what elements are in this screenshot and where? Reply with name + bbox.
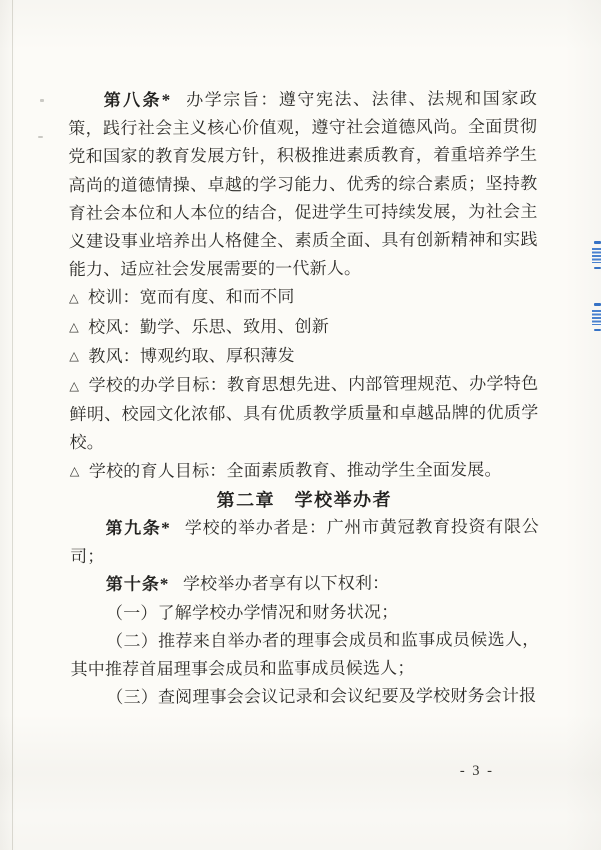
bullet-item-school-goal: △学校的办学目标：教育思想先进、内部管理规范、办学特色鲜明、校园文化浓郁、具有优… xyxy=(69,370,538,458)
triangle-bullet-icon: △ xyxy=(69,349,79,363)
article-10-text: 学校举办者享有以下权利： xyxy=(183,574,389,594)
bullet-item-school-spirit: △校风：勤学、乐思、致用、创新 xyxy=(69,312,538,343)
stamp-glyph-fragment xyxy=(592,248,601,263)
scan-fold-line xyxy=(12,0,13,850)
triangle-bullet-icon: △ xyxy=(70,464,80,478)
list-item-3: （三）查阅理事会会议记录和会议纪要及学校财务会计报 xyxy=(71,682,540,712)
stamp-glyph-fragment xyxy=(592,310,601,325)
stamp-dash xyxy=(594,241,601,244)
bullet-item-teaching-spirit: △教风：博观约取、厚积薄发 xyxy=(69,341,538,372)
list-item-1: （一）了解学校办学情况和财务状况； xyxy=(70,598,539,628)
stamp-dash xyxy=(594,267,601,270)
scan-speck xyxy=(40,99,44,102)
scanned-document-page: { "colors": { "paper": "#fcfbf7", "ink":… xyxy=(0,0,601,850)
triangle-bullet-icon: △ xyxy=(69,379,79,393)
bullet-item-education-goal: △学校的育人目标：全面素质教育、推动学生全面发展。 xyxy=(70,456,539,487)
bullet-text: 校风：勤学、乐思、致用、创新 xyxy=(88,317,329,337)
blue-stamp-fragment-icon xyxy=(592,241,601,279)
list-item-2: （二）推荐来自举办者的理事会成员和监事成员候选人，其中推荐首届理事会成员和监事成… xyxy=(70,626,539,684)
bullet-text: 学校的育人目标：全面素质教育、推动学生全面发展。 xyxy=(89,460,502,481)
article-8-text: 办学宗旨：遵守宪法、法律、法规和国家政策，践行社会主义核心价值观，遵守社会道德风… xyxy=(68,89,538,279)
article-9-paragraph: 第九条*学校的举办者是：广州市黄冠教育投资有限公司； xyxy=(70,513,539,571)
article-8-paragraph: 第八条*办学宗旨：遵守宪法、法律、法规和国家政策，践行社会主义核心价值观，遵守社… xyxy=(68,85,538,284)
bullet-text: 教风：博观约取、厚积薄发 xyxy=(88,346,294,366)
blue-stamp-fragment-icon xyxy=(592,303,601,343)
triangle-bullet-icon: △ xyxy=(69,291,79,305)
chapter-2-heading: 第二章 学校举办者 xyxy=(70,485,539,515)
stamp-dash xyxy=(594,329,601,332)
bullet-text: 校训：宽而有度、和而不同 xyxy=(88,287,294,307)
page-number: - 3 - xyxy=(460,763,494,780)
bullet-text: 学校的办学目标：教育思想先进、内部管理规范、办学特色鲜明、校园文化浓郁、具有优质… xyxy=(69,374,538,452)
article-9-label: 第九条* xyxy=(106,519,171,538)
page-content: 第八条*办学宗旨：遵守宪法、法律、法规和国家政策，践行社会主义核心价值观，遵守社… xyxy=(68,85,540,713)
article-8-label: 第八条* xyxy=(104,91,172,110)
bullet-item-motto: △校训：宽而有度、和而不同 xyxy=(69,282,538,313)
triangle-bullet-icon: △ xyxy=(69,320,79,334)
article-10-paragraph: 第十条*学校举办者享有以下权利： xyxy=(70,569,539,599)
article-10-label: 第十条* xyxy=(106,575,170,594)
stamp-dash xyxy=(594,303,601,306)
scan-speck xyxy=(38,136,43,138)
